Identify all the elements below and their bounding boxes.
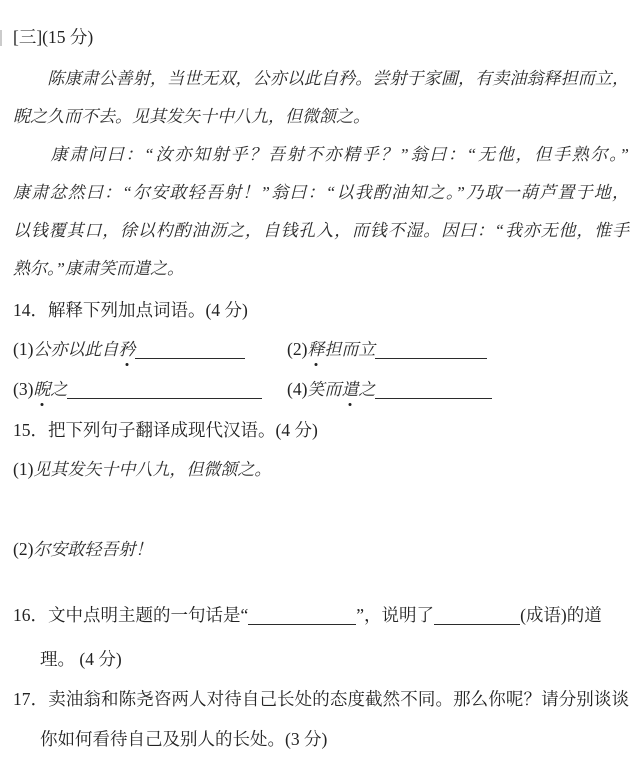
dotted-character: 释 xyxy=(307,337,324,363)
item-number: (2) xyxy=(13,539,33,559)
question-16-line-2: 理。 (4 分) xyxy=(40,646,640,672)
item-phrase: 之 xyxy=(358,380,375,399)
item-number: (2) xyxy=(287,339,307,359)
question-16-line-1: 16．文中点明主题的一句话是“”，说明了(成语)的道 xyxy=(13,602,629,628)
dotted-character: 矜 xyxy=(118,337,135,363)
item-phrase: 之 xyxy=(50,380,67,399)
passage-line: 以钱覆其口，徐以杓酌油沥之，自钱孔入，而钱不湿。因曰：“我亦无他，惟手 xyxy=(13,218,629,244)
dotted-character: 睨 xyxy=(33,377,50,403)
answer-blank xyxy=(135,342,245,359)
question-14-row-1: (1)公亦以此自矜 (2)释担而立 xyxy=(13,336,629,363)
passage-line: 康肃问曰：“汝亦知射乎？吾射不亦精乎？”翁曰：“无他，但手熟尔。” xyxy=(13,142,629,168)
question-17-line-2: 你如何看待自己及别人的长处。(3 分) xyxy=(40,726,630,752)
passage-line: 熟尔。”康肃笑而遣之。 xyxy=(13,256,629,282)
passage-line: 睨之久而不去。见其发矢十中八九，但微颔之。 xyxy=(13,104,629,130)
passage-line: 康肃忿然曰：“尔安敢轻吾射！”翁曰：“以我酌油知之。”乃取一葫芦置于地， xyxy=(13,180,629,206)
item-phrase: 公亦以此自 xyxy=(33,340,118,359)
answer-blank-quote xyxy=(248,608,356,625)
item-number: (3) xyxy=(13,379,33,399)
passage-line: 陈康肃公善射，当世无双，公亦以此自矜。尝射于家圃，有卖油翁释担而立， xyxy=(13,66,629,92)
question-item-1: (1)公亦以此自矜 xyxy=(13,339,245,359)
answer-blank-idiom xyxy=(434,608,520,625)
scan-artifact xyxy=(0,30,2,46)
question-text: (成语)的道 xyxy=(520,605,602,625)
item-sentence: 见其发矢十中八九，但微颔之。 xyxy=(33,460,271,479)
section-header: [三](15 分) xyxy=(13,24,629,50)
question-14-title: 14．解释下列加点词语。(4 分) xyxy=(13,297,629,323)
item-number: (1) xyxy=(13,459,33,479)
question-text: ”，说明了 xyxy=(356,605,434,625)
item-number: (1) xyxy=(13,339,33,359)
question-14-row-2: (3)睨之 (4)笑而遣之 xyxy=(13,376,629,403)
item-phrase: 担而立 xyxy=(324,340,375,359)
question-item-4: (4)笑而遣之 xyxy=(287,376,492,403)
item-phrase: 笑而 xyxy=(307,380,341,399)
question-15-title: 15．把下列句子翻译成现代汉语。(4 分) xyxy=(13,417,629,443)
answer-blank xyxy=(375,342,487,359)
question-text: 16．文中点明主题的一句话是“ xyxy=(13,605,248,625)
question-17-line-1: 17．卖油翁和陈尧咨两人对待自己长处的态度截然不同。那么你呢？请分别谈谈 xyxy=(13,686,629,712)
item-number: (4) xyxy=(287,379,307,399)
test-paper-page: [三](15 分) 陈康肃公善射，当世无双，公亦以此自矜。尝射于家圃，有卖油翁释… xyxy=(0,0,640,777)
item-sentence: 尔安敢轻吾射！ xyxy=(33,540,152,559)
answer-blank xyxy=(67,382,262,399)
question-15-item-2: (2)尔安敢轻吾射！ xyxy=(13,536,629,563)
answer-blank xyxy=(375,382,492,399)
question-item-2: (2)释担而立 xyxy=(287,336,487,363)
question-15-item-1: (1)见其发矢十中八九，但微颔之。 xyxy=(13,456,629,483)
question-item-3: (3)睨之 xyxy=(13,379,262,399)
dotted-character: 遣 xyxy=(341,377,358,403)
